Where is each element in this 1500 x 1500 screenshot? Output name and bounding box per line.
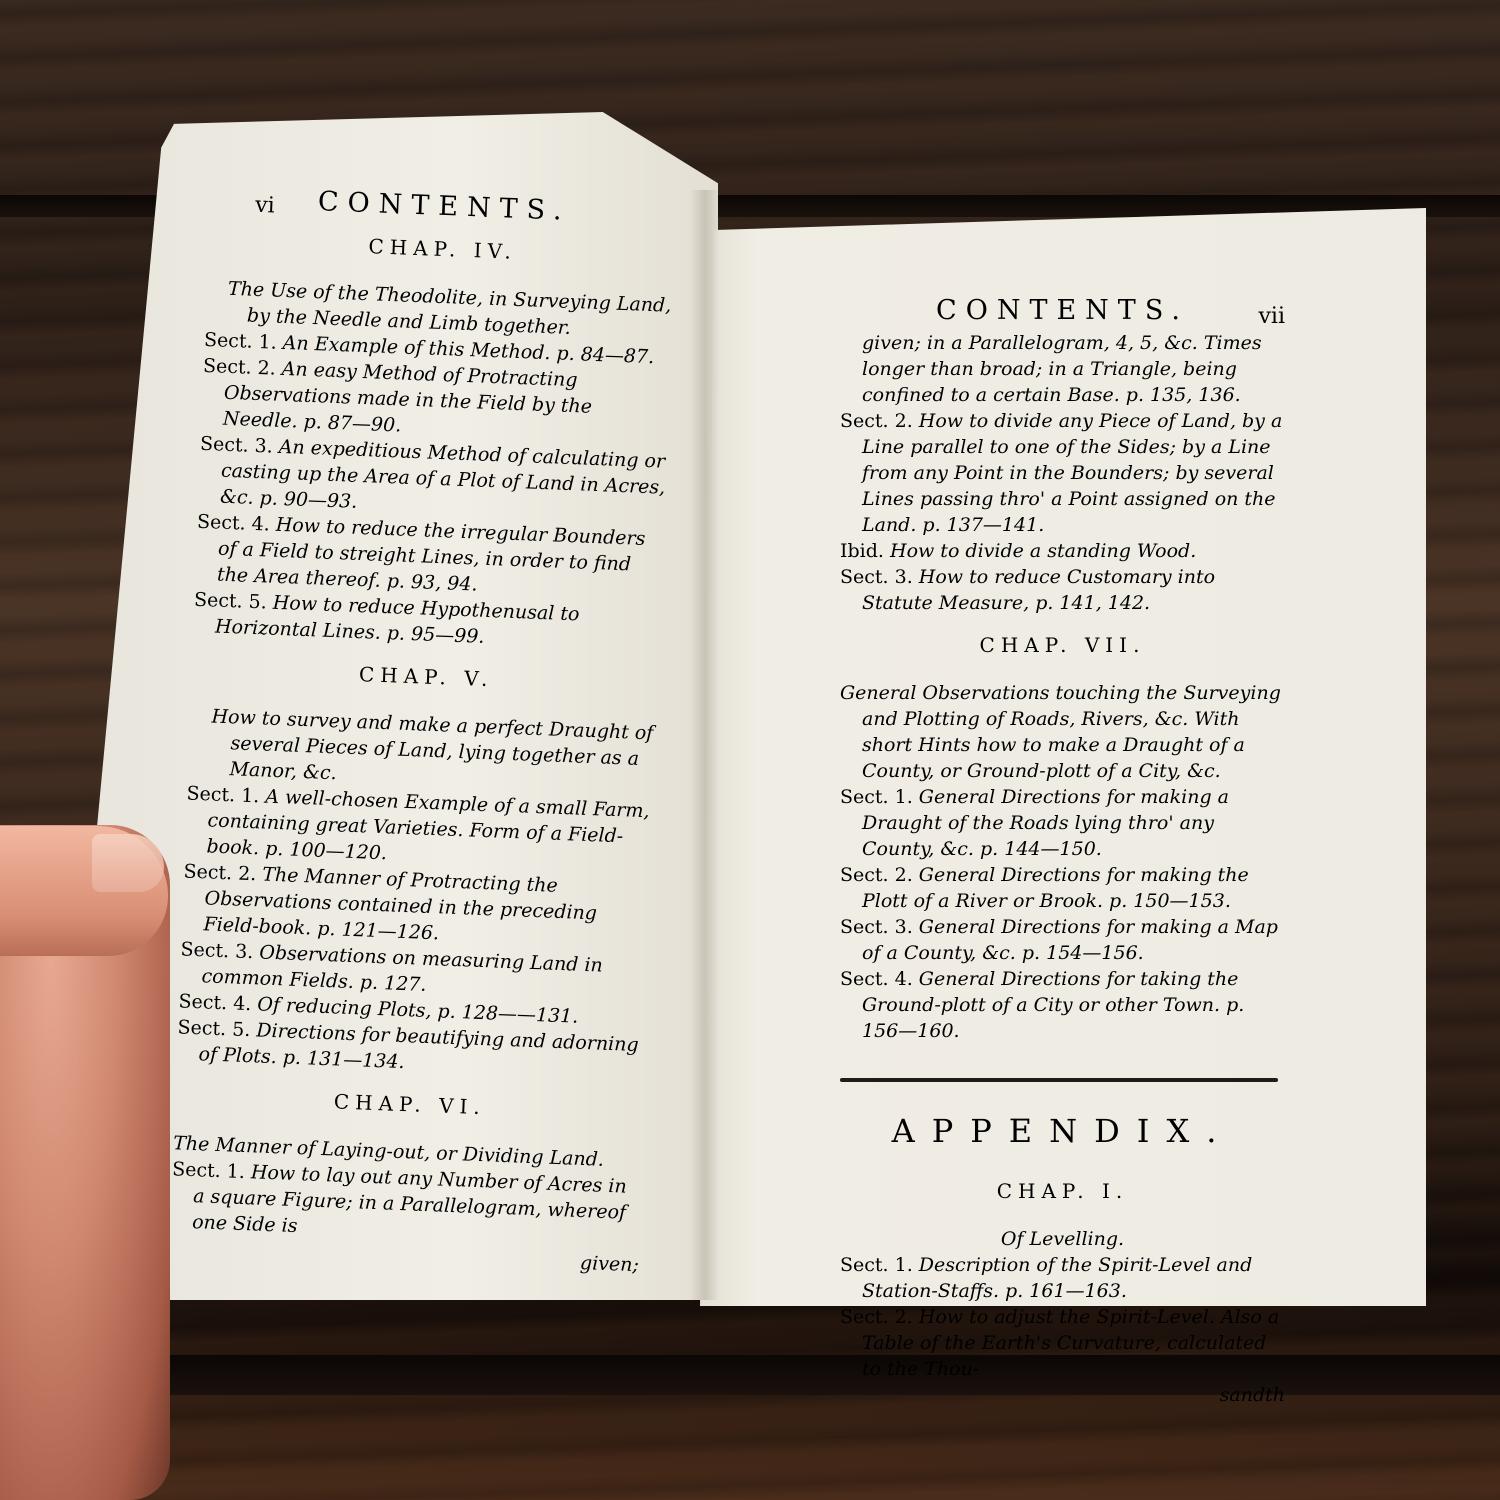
section-entry: Sect. 4. General Directions for taking t…	[840, 966, 1285, 1044]
section-entry: Sect. 1. Description of the Spirit-Level…	[840, 1252, 1285, 1304]
section-entry: Sect. 2. General Directions for making t…	[840, 862, 1285, 914]
chapter-heading: CHAP. V.	[191, 655, 662, 699]
running-head: CONTENTS. vii	[840, 298, 1285, 324]
section-entry: Sect. 2. How to divide any Piece of Land…	[840, 408, 1285, 538]
section-entry: Ibid. How to divide a standing Wood.	[840, 538, 1285, 564]
chapter-heading: CHAP. VI.	[175, 1082, 646, 1126]
page-number: vii	[1258, 304, 1285, 330]
left-page-text: vi CONTENTS. CHAP. IV. The Use of the Th…	[169, 185, 680, 1278]
thumbnail	[92, 834, 164, 892]
chapter-intro: General Observations touching the Survey…	[840, 680, 1285, 784]
horizontal-rule	[840, 1078, 1278, 1082]
page-number: vi	[255, 193, 275, 220]
section-continuation: given; in a Parallelogram, 4, 5, &c. Tim…	[840, 330, 1285, 408]
chapter-heading: CHAP. IV.	[207, 227, 678, 271]
catchword: sandth	[840, 1382, 1285, 1408]
chapter-heading: CHAP. I.	[840, 1178, 1285, 1204]
section-entry: Sect. 3. How to reduce Customary into St…	[840, 564, 1285, 616]
chapter-intro: Of Levelling.	[840, 1226, 1285, 1252]
section-entry: Sect. 1. General Directions for making a…	[840, 784, 1285, 862]
appendix-title: APPENDIX.	[840, 1118, 1285, 1144]
right-page-text: CONTENTS. vii given; in a Parallelogram,…	[840, 298, 1285, 1408]
section-entry: Sect. 2. How to adjust the Spirit-Level.…	[840, 1304, 1285, 1382]
section-entry: Sect. 3. General Directions for making a…	[840, 914, 1285, 966]
chapter-heading: CHAP. VII.	[840, 632, 1285, 658]
book-gutter	[690, 190, 720, 1300]
contents-title: CONTENTS.	[936, 295, 1189, 326]
